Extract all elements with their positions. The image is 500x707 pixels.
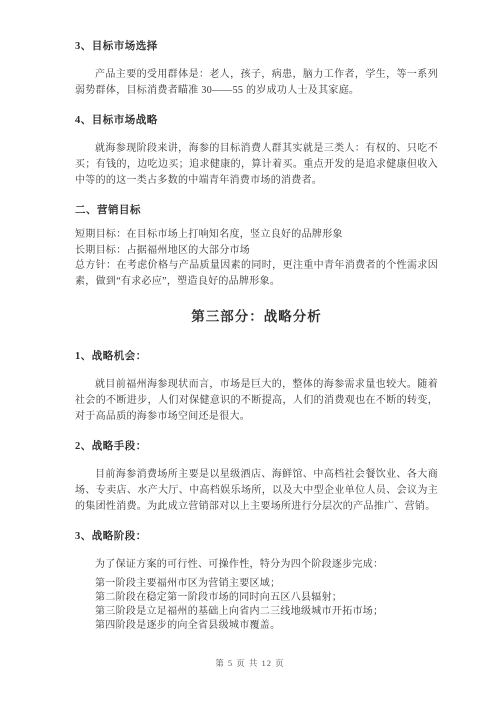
paragraph-target-market-selection: 产品主要的受用群体是：老人，孩子，病患，脑力工作者，学生，等一系列弱势群体，目标… xyxy=(75,67,438,99)
paragraph-strategic-means: 目前海参消费场所主要是以星级酒店、海鲜馆、中高档社会餐饮业、各大商场、专卖店、水… xyxy=(75,467,438,515)
goal-general-policy: 总方针：在考虑价格与产品质量因素的同时，更注重中青年消费者的个性需求因素，做到“… xyxy=(75,258,438,289)
document-page: 3、目标市场选择 产品主要的受用群体是：老人，孩子，病患，脑力工作者，学生，等一… xyxy=(0,0,500,707)
page-number-footer: 第 5 页 共 12 页 xyxy=(0,657,500,669)
paragraph-strategic-opportunity: 就目前福州海参现状而言，市场是巨大的，整体的海参需求量也较大。随着社会的不断进步… xyxy=(75,377,438,425)
stage-item-4: 第四阶段是逐步的向全省县级城市覆盖。 xyxy=(75,619,438,633)
goal-long-term: 长期目标：占据福州地区的大部分市场 xyxy=(75,243,438,259)
heading-strategic-means: 2、战略手段： xyxy=(75,440,438,454)
heading-strategic-stages: 3、战略阶段： xyxy=(75,530,438,544)
stage-item-2: 第二阶段在稳定第一阶段市场的同时向五区八县辐射； xyxy=(75,591,438,605)
stage-item-1: 第一阶段主要福州市区为营销主要区域； xyxy=(75,577,438,591)
goal-short-term: 短期目标：在目标市场上打响知名度，竖立良好的品牌形象 xyxy=(75,227,438,243)
paragraph-stages-intro: 为了保证方案的可行性、可操作性，特分为四个阶段逐步完成： xyxy=(75,557,438,573)
marketing-goals-list: 短期目标：在目标市场上打响知名度，竖立良好的品牌形象 长期目标：占据福州地区的大… xyxy=(75,227,438,289)
heading-marketing-goals: 二、营销目标 xyxy=(75,204,438,218)
heading-target-market-strategy: 4、目标市场战略 xyxy=(75,114,438,128)
stage-list: 第一阶段主要福州市区为营销主要区域； 第二阶段在稳定第一阶段市场的同时向五区八县… xyxy=(75,577,438,633)
paragraph-target-market-strategy: 就海参现阶段来讲，海参的目标消费人群其实就是三类人：有权的、只吃不买；有钱的，边… xyxy=(75,141,438,189)
heading-strategic-opportunity: 1、战略机会： xyxy=(75,350,438,364)
part3-title: 第三部分：战略分析 xyxy=(75,308,438,326)
stage-item-3: 第三阶段是立足福州的基础上向省内二三线地级城市开拓市场； xyxy=(75,605,438,619)
heading-target-market-selection: 3、目标市场选择 xyxy=(75,40,438,54)
